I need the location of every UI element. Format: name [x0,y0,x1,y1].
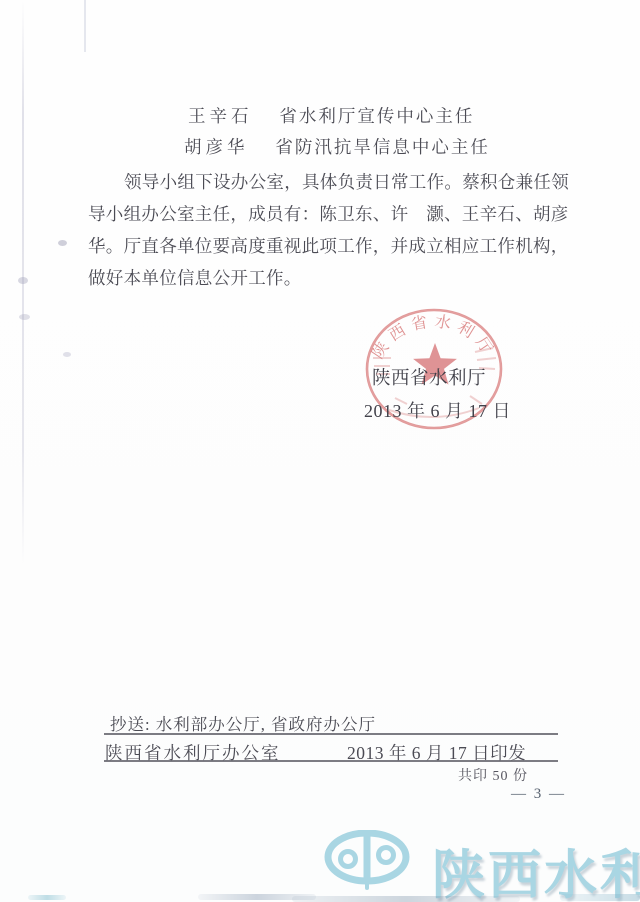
scan-smudge [18,277,28,284]
body-paragraph-line: 导小组办公室主任，成员有：陈卫东、许 灏、王辛石、胡彦 [88,201,569,226]
scan-smear [560,894,640,901]
body-paragraph-line: 做好本单位信息公开工作。 [88,265,302,290]
watermark-wordmark: 陕西水利 [432,833,640,902]
scan-smear [292,896,520,902]
page-number: — 3 — [511,786,566,803]
cc-distribution-line: 抄送: 水利部办公厅, 省政府办公厅 [110,711,376,735]
print-copies-count: 共印 50 份 [458,765,528,785]
water-authority-logo-icon [322,830,412,892]
scan-smudge [63,352,71,357]
scan-smear [28,895,66,900]
footer-divider [104,760,558,762]
scan-smudge [19,314,30,320]
appointment-row: 胡彦华 省防汛抗旱信息中心主任 [184,134,490,159]
body-paragraph-line: 华。厅直各单位要高度重视此项工作，并成立相应工作机构， [88,233,569,258]
appointee-title: 省防汛抗旱信息中心主任 [275,134,490,159]
appointee-name: 胡彦华 [184,134,249,159]
scan-artifact-line [84,0,86,52]
appointee-name: 王辛石 [188,103,253,128]
appointment-row: 王辛石 省水利厅宣传中心主任 [188,103,474,128]
appointee-title: 省水利厅宣传中心主任 [279,103,474,128]
body-paragraph-line: 领导小组下设办公室，具体负责日常工作。蔡积仓兼任领 [124,169,569,194]
scan-smudge [58,240,67,246]
footer-divider [104,733,558,735]
scanned-document-page: 王辛石 省水利厅宣传中心主任 胡彦华 省防汛抗旱信息中心主任 领导小组下设办公室… [0,0,640,902]
issuer-name: 陕西省水利厅 [372,364,486,390]
issue-date: 2013 年 6 月 17 日 [364,397,511,423]
